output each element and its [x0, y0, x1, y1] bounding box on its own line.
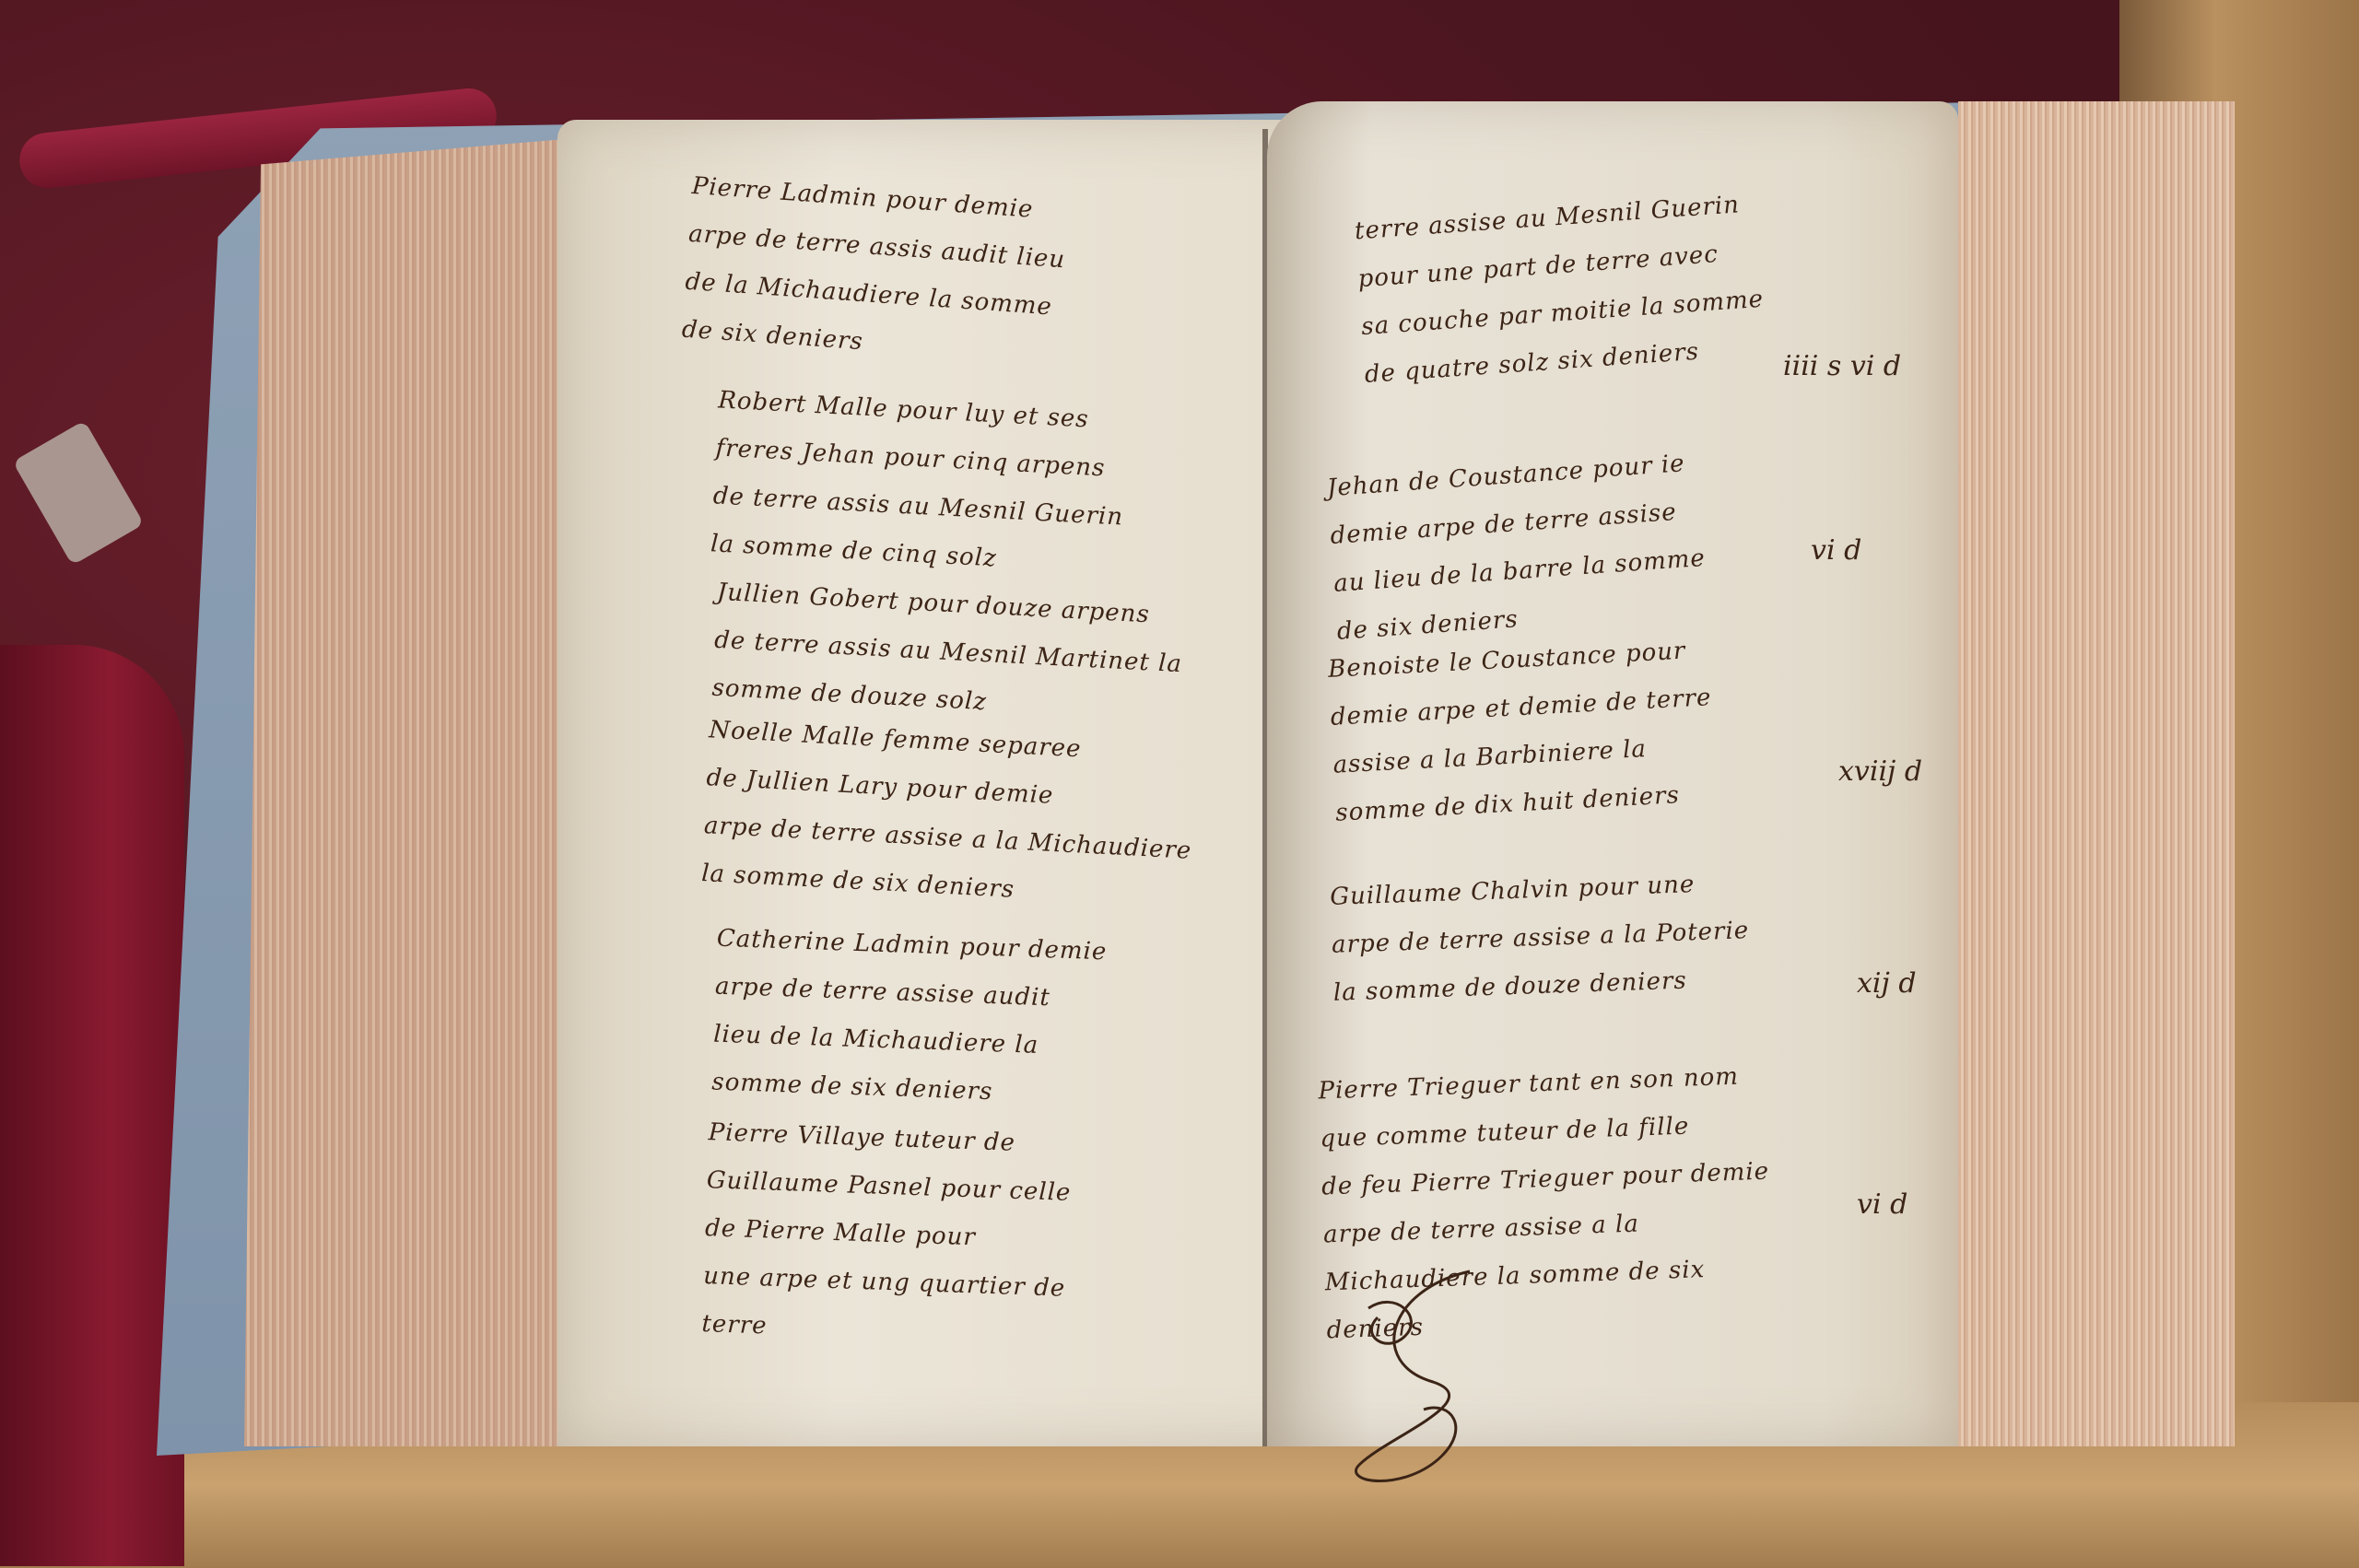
notarial-paraph-signature	[1332, 1253, 1534, 1492]
entry-5: Catherine Ladmin pour demie arpe de terr…	[710, 915, 1108, 1120]
entry-1: Pierre Ladmin pour demie arpe de terre a…	[680, 162, 1070, 380]
photo-scene: Pierre Ladmin pour demie arpe de terre a…	[0, 0, 2359, 1568]
amount-7: iiii s vi d	[1783, 350, 1901, 382]
amount-11: vi d	[1857, 1188, 1907, 1221]
entry-7: terre assise au Mesnil Guerin pour une p…	[1353, 180, 1768, 399]
right-fore-edge	[1958, 101, 2235, 1446]
right-page: 205 terre assise au Mesnil Guerin pour u…	[1267, 101, 1958, 1446]
book-cradle-cushion	[0, 645, 184, 1566]
amount-8: vi d	[1811, 534, 1861, 567]
open-manuscript-book: Pierre Ladmin pour demie arpe de terre a…	[244, 83, 2271, 1483]
amount-9: xviij d	[1838, 755, 1922, 788]
entry-9: Benoiste le Coustance pour demie arpe et…	[1327, 626, 1718, 837]
entry-8: Jehan de Coustance pour ie demie arpe de…	[1325, 439, 1710, 656]
entry-2: Robert Malle pour luy et ses freres Jeha…	[710, 376, 1130, 589]
amount-10: xij d	[1857, 967, 1917, 1000]
left-fore-edge	[244, 138, 576, 1446]
entry-4: Noelle Malle femme separee de Jullien La…	[700, 706, 1198, 922]
entry-6: Pierre Villaye tuteur de Guillaume Pasne…	[701, 1108, 1074, 1361]
entry-10: Guillaume Chalvin pour une arpe de terre…	[1329, 859, 1751, 1017]
